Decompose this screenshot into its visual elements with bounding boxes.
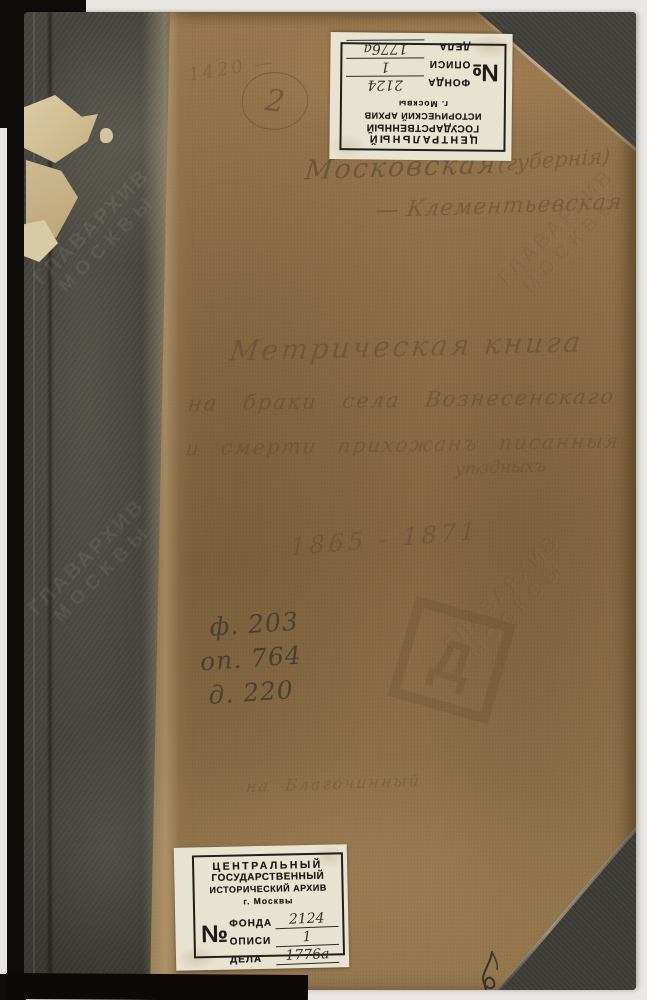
row-value: 1 — [275, 929, 339, 947]
label-header-line: г. Москвы — [199, 894, 338, 907]
cloth-paper-seam — [142, 12, 194, 990]
label-frame: ЦЕНТРАЛЬНЫЙ ГОСУДАРСТВЕННЫЙ ИСТОРИЧЕСКИЙ… — [339, 42, 506, 152]
label-header-line: ЦЕНТРАЛЬНЫЙ — [345, 132, 499, 146]
row-label: ФОНДА — [424, 76, 470, 87]
book-cover: ГЛАВАРХИВ МОСКВЫ ГЛАВАРХИВ МОСКВЫ ГЛАВАР… — [24, 12, 636, 990]
row-label: ОПИСИ — [424, 58, 470, 69]
numero-sign: № — [199, 911, 230, 970]
label-header-line: ГОСУДАРСТВЕННЫЙ — [346, 121, 500, 134]
label-row-delo: ДЕЛА 1776а — [346, 39, 470, 58]
row-label: ДЕЛА — [424, 40, 470, 51]
archive-label-bottom: ЦЕНТРАЛЬНЫЙ ГОСУДАРСТВЕННЫЙ ИСТОРИЧЕСКИЙ… — [174, 844, 350, 971]
row-value: 2124 — [275, 911, 339, 929]
spine-highlight — [33, 12, 35, 990]
row-value: 1776а — [276, 947, 340, 965]
label-row-delo: ДЕЛА 1776а — [230, 945, 339, 965]
label-frame: ЦЕНТРАЛЬНЫЙ ГОСУДАРСТВЕННЫЙ ИСТОРИЧЕСКИЙ… — [192, 852, 345, 958]
backdrop-light-sliver — [0, 128, 7, 974]
label-row-fond: ФОНДА 2124 — [229, 909, 338, 929]
backdrop-black-bottom — [6, 973, 308, 1000]
label-row-opis: ОПИСИ 1 — [229, 927, 338, 947]
label-header-line: ИСТОРИЧЕСКИЙ АРХИВ — [346, 110, 500, 122]
book-cover-photo: ГЛАВАРХИВ МОСКВЫ ГЛАВАРХИВ МОСКВЫ ГЛАВАР… — [0, 0, 647, 1000]
archive-label-top: ЦЕНТРАЛЬНЫЙ ГОСУДАРСТВЕННЫЙ ИСТОРИЧЕСКИЙ… — [329, 32, 512, 161]
label-row-fond: ФОНДА 2124 — [346, 75, 470, 94]
row-label: ДЕЛА — [230, 954, 276, 966]
label-header-line: г. Москвы — [346, 98, 500, 110]
label-row-opis: ОПИСИ 1 — [346, 57, 470, 76]
row-value: 2124 — [346, 75, 424, 92]
row-value: 1 — [346, 57, 424, 74]
torn-patch — [100, 128, 113, 143]
row-value: 1776а — [346, 39, 424, 56]
label-header-line: ИСТОРИЧЕСКИЙ АРХИВ — [199, 882, 338, 895]
numero-sign: № — [470, 38, 501, 96]
